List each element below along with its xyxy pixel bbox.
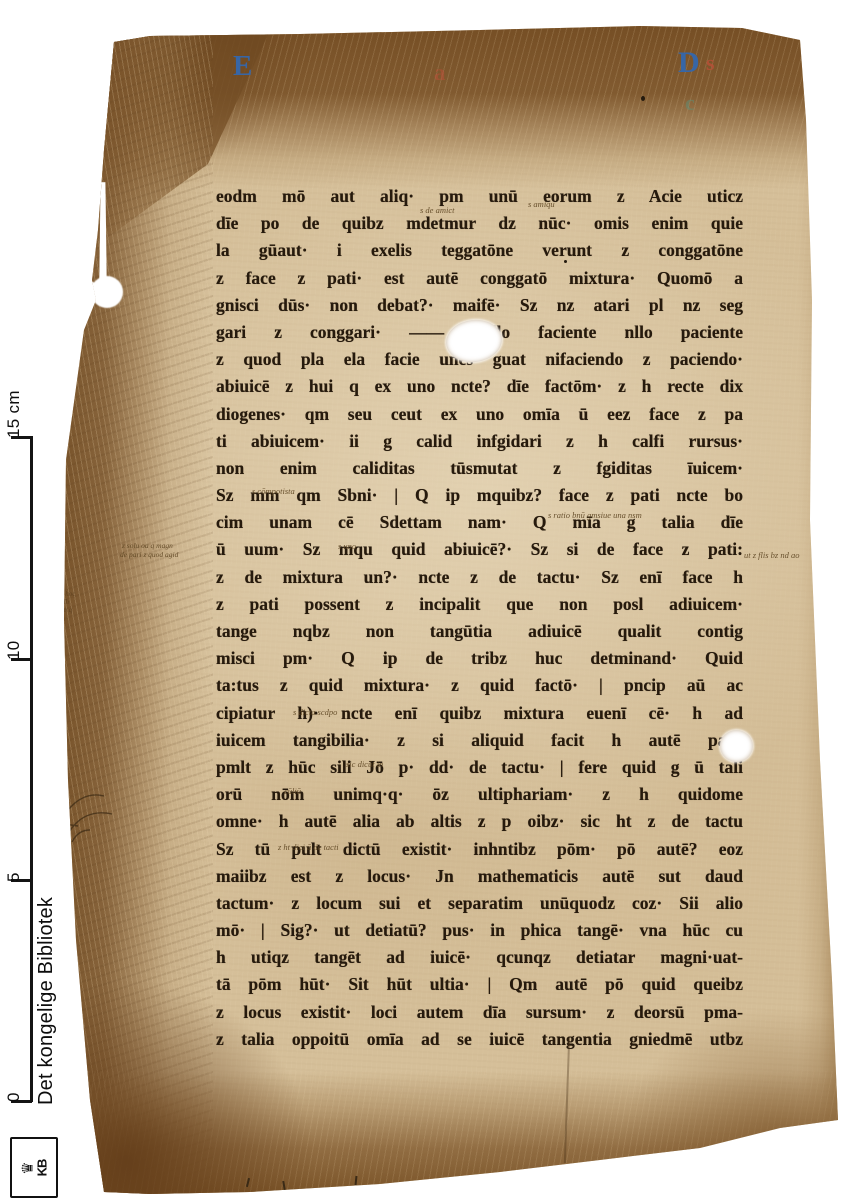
right-margin-gloss: ut z flis bz nd ao xyxy=(744,551,800,560)
library-logo-inner: ♛ KB xyxy=(20,1159,48,1176)
interlinear-gloss: s de amict xyxy=(420,206,454,215)
manuscript-line: z talia oppoitū omīa ad se iuicē tangent… xyxy=(216,1026,743,1053)
institution-name: Det kongelige Bibliotek xyxy=(35,893,61,1105)
interlinear-gloss: s cōmpotista xyxy=(252,487,295,496)
manuscript-line: maiibz est z locus· Jn mathematicis autē… xyxy=(216,863,743,890)
header-letter-red-mid: a xyxy=(434,60,446,86)
parchment-leaf: E a D s c eodm mō aut aliq· pm unū eorum… xyxy=(58,24,840,1196)
manuscript-line: tange nqbz non tangūtia adiuicē qualit c… xyxy=(216,618,743,645)
manuscript-line: tā pōm hūt· Sit hūt ultia· | Qm autē pō … xyxy=(216,971,743,998)
interlinear-gloss: sic dicūt in xyxy=(346,760,383,769)
manuscript-line: tactum· z locum sui et separatim unūquod… xyxy=(216,890,743,917)
sewing-thread xyxy=(246,1178,250,1187)
sewing-thread xyxy=(282,1181,286,1190)
library-monogram: KB xyxy=(35,1159,48,1176)
parchment-tear-streak xyxy=(99,182,107,296)
manuscript-line: la gūaut· i exelis teggatōne verunt z co… xyxy=(216,237,743,264)
header-letter-green-faint: c xyxy=(685,90,695,116)
manuscript-line: ta:tus z quid mixtura· z quid factō· | p… xyxy=(216,672,743,699)
ruler-label-0cm: 0 xyxy=(4,1066,28,1102)
margin-sketch-drawing xyxy=(58,778,120,848)
interlinear-gloss: z ht dici ū de tacti xyxy=(278,843,339,852)
interlinear-gloss: s amiqu xyxy=(528,200,555,209)
manuscript-line: eodm mō aut aliq· pm unū eorum z Acie ut… xyxy=(216,183,743,210)
header-initial-blue-left: E xyxy=(233,50,252,83)
stain-top-band xyxy=(58,24,840,189)
manuscript-line: z quod pla ela facie unes guat nifaciend… xyxy=(216,346,743,373)
parchment-crease xyxy=(564,1038,570,1163)
manuscript-line: abiuicē z hui q ex uno ncte? dīe factōm·… xyxy=(216,373,743,400)
text-block: eodm mō aut aliq· pm unū eorum z Acie ut… xyxy=(216,183,743,1053)
stain-right-edge xyxy=(798,24,840,1196)
manuscript-line: z locus existit· loci autem dīa sursum· … xyxy=(216,999,743,1026)
header-initial-blue-right: D xyxy=(678,46,700,80)
left-margin-gloss: de pari z quod agid xyxy=(120,550,178,559)
manuscript-line: gari z conggari· —— nullo faciente nllo … xyxy=(216,319,743,346)
stain-left-margin xyxy=(58,24,213,1196)
manuscript-line: z face z pati· est autē conggatō mixtura… xyxy=(216,265,743,292)
library-logo: ♛ KB xyxy=(10,1137,58,1198)
interlinear-gloss: s dicta scdpo xyxy=(293,708,337,717)
parchment-edge-notch xyxy=(47,278,103,309)
ink-speck xyxy=(564,260,567,263)
manuscript-line: pmlt z hūc sili Jō p· dd· de tactu· | fe… xyxy=(216,754,743,781)
manuscript-line: iuicem tangibilia· z si aliquid facit h … xyxy=(216,727,743,754)
manuscript-line: z de mixtura un?· ncte z de tactu· Sz en… xyxy=(216,564,743,591)
manuscript-line: misci pm· Q ip de tribz huc detminand· Q… xyxy=(216,645,743,672)
manuscript-line: z pati possent z incipalit que non posl … xyxy=(216,591,743,618)
manuscript-line: diogenes· qm seu ceut ex uno omīa ū eez … xyxy=(216,401,743,428)
stain-bottom-band xyxy=(58,1071,840,1196)
ruler-line xyxy=(30,436,33,1102)
interlinear-gloss: s ratio bnū gmsiue una nsm xyxy=(548,511,642,520)
manuscript-line: dīe po de quibz mdetmur dz nūc· omis eni… xyxy=(216,210,743,237)
sewing-thread xyxy=(355,1176,358,1185)
ruler-label-15cm: 15 cm xyxy=(4,382,28,438)
header-flourish-red: s xyxy=(706,50,715,76)
ink-speck xyxy=(641,96,645,101)
interlinear-gloss: cūliū xyxy=(284,787,301,796)
manuscript-line: gnisci dūs· non debat?· maifē· Sz nz ata… xyxy=(216,292,743,319)
digitized-manuscript-page: 15 cm 10 5 0 Det kongelige Bibliotek ♛ K… xyxy=(0,0,864,1200)
left-margin-gloss: z solu oa q magn xyxy=(122,541,173,550)
manuscript-line: cim unam cē Sdettam nam· Q mīa g talia d… xyxy=(216,509,743,536)
manuscript-line: non enim caliditas tūsmutat z fgiditas ī… xyxy=(216,455,743,482)
manuscript-line: omne· h autē alia ab altis z p oibz· sic… xyxy=(216,808,743,835)
parchment-tear-blob xyxy=(91,276,123,308)
manuscript-line: h utiqz tangēt ad iuicē· qcunqz detiatar… xyxy=(216,944,743,971)
left-edge-faint-note: q hoc nlh im q xyxy=(60,590,77,614)
interlinear-gloss: s uno xyxy=(338,542,356,551)
manuscript-line: ti abiuicem· ii g calid infgidari z h ca… xyxy=(216,428,743,455)
manuscript-line: ū uum· Sz mqu quid abiuicē?· Sz si de fa… xyxy=(216,536,743,563)
crown-icon: ♛ xyxy=(20,1161,35,1174)
manuscript-line: mō· | Sig?· ut detiatū? pus· in phica ta… xyxy=(216,917,743,944)
manuscript-line: Sz mm qm Sbni· | Q ip mquibz? face z pat… xyxy=(216,482,743,509)
ruler-label-5cm: 5 xyxy=(4,856,28,882)
ruler-label-10cm: 10 xyxy=(4,624,28,660)
